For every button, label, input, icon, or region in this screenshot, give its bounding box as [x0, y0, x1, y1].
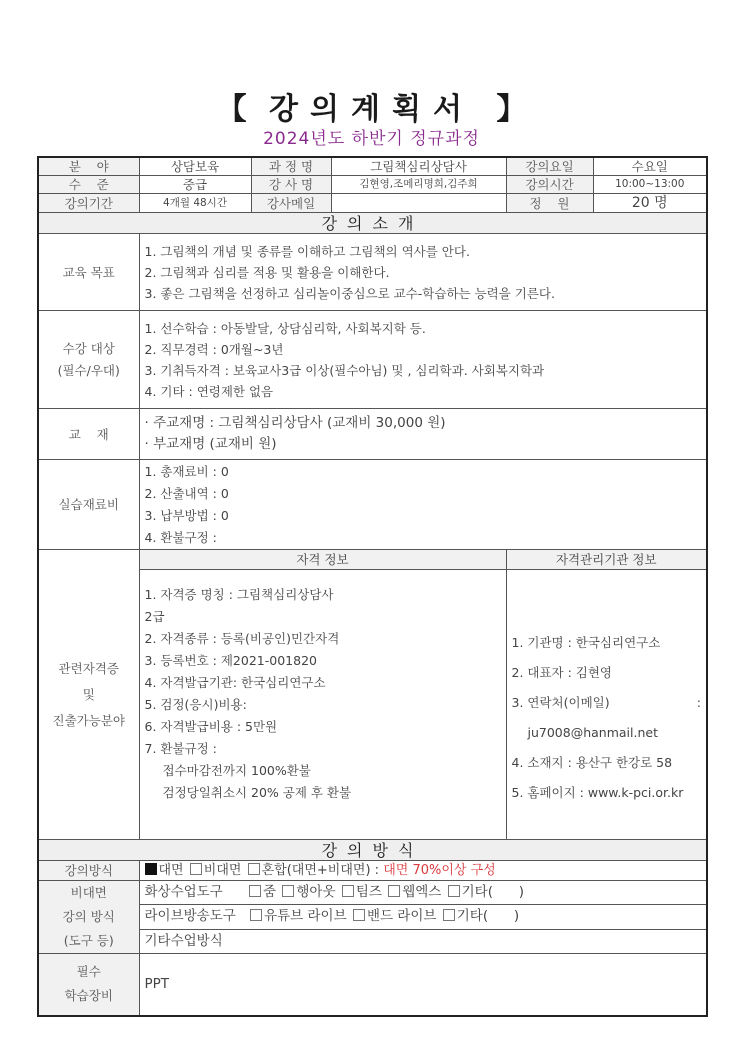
- target-list: 1. 선수학습 : 아동발달, 상담심리학, 사회복지학 등. 2. 직무경력 …: [139, 311, 707, 409]
- checkbox-face-to-face[interactable]: [145, 863, 157, 875]
- textbook-sub: · 부교재명 (교재비 원): [145, 434, 702, 455]
- checkbox-video-other[interactable]: [448, 885, 460, 897]
- level-value: 중급: [139, 176, 251, 194]
- goal-item: 2. 그림책과 심리를 적용 및 활용을 이해한다.: [145, 262, 702, 283]
- live-tools-label: 라이브방송도구: [145, 908, 236, 924]
- org-email[interactable]: ju7008@hanmail.net: [512, 718, 702, 748]
- cert-item: 1. 자격증 명칭 : 그림책심리상담사: [145, 584, 501, 606]
- video-tools-label: 화상수업도구: [145, 884, 223, 900]
- checkbox-band-live[interactable]: [353, 909, 365, 921]
- cert-item: 2. 자격종류 : 등록(비공인)민간자격: [145, 628, 501, 650]
- option-face-to-face: 대면: [159, 863, 184, 878]
- option-webex: 웹엑스: [402, 884, 441, 900]
- option-hangouts: 행아웃: [296, 884, 335, 900]
- other-method-row: 기타수업방식: [38, 930, 707, 954]
- goal-item: 3. 좋은 그림책을 선정하고 심리놀이중심으로 교수-학습하는 능력을 기른다…: [145, 283, 702, 304]
- document-title: 【 강의계획서 】: [0, 84, 743, 128]
- org-item: 4. 소재지 : 용산구 한강로 58: [512, 748, 702, 778]
- online-label-line1: 비대면: [44, 881, 134, 905]
- online-label-line3: (도구 등): [44, 929, 134, 953]
- goals-row: 교육 목표 1. 그림책의 개념 및 종류를 이해하고 그림책의 역사를 안다.…: [38, 234, 707, 311]
- equipment-value: PPT: [139, 954, 707, 1016]
- equipment-row: 필수 학습장비 PPT: [38, 954, 707, 1016]
- instructor-value: 김현영,조메리명희,김주희: [331, 176, 506, 194]
- method-section-header: 강의방식: [38, 840, 707, 861]
- cert-item: 3. 등록번호 : 제2021-001820: [145, 650, 501, 672]
- materials-item: 1. 총재료비 : 0: [145, 463, 702, 483]
- materials-list: 1. 총재료비 : 0 2. 산출내역 : 0 3. 납부방법 : 0 4. 환…: [139, 460, 707, 550]
- checkbox-live-other[interactable]: [443, 909, 455, 921]
- info-row-3: 강의기간 4개월 48시간 강사메일 정 원 20 명: [38, 194, 707, 213]
- online-label-line2: 강의 방식: [44, 905, 134, 929]
- checkbox-webex[interactable]: [388, 885, 400, 897]
- cert-item: 5. 검정(응시)비용:: [145, 694, 501, 716]
- course-label: 과 정 명: [251, 157, 331, 176]
- target-label-line2: (필수/우대): [44, 360, 134, 382]
- day-label: 강의요일: [506, 157, 593, 176]
- equipment-label-line1: 필수: [44, 960, 134, 984]
- cert-item: 6. 자격발급비용 : 5만원: [145, 716, 501, 738]
- period-value: 4개월 48시간: [139, 194, 251, 213]
- checkbox-hybrid[interactable]: [248, 863, 260, 875]
- cert-item: 접수마감전까지 100%환불: [145, 760, 501, 782]
- online-label: 비대면 강의 방식 (도구 등): [38, 881, 139, 954]
- target-item: 3. 기취득자격 : 보육교사3급 이상(필수아님) 및 , 심리학과. 사회복…: [145, 360, 702, 381]
- info-row-1: 분 야 상담보육 과 정 명 그림책심리상담사 강의요일 수요일: [38, 157, 707, 176]
- option-live-other: 기타( ): [457, 908, 519, 924]
- org-item: 3. 연락처(이메일) :: [512, 688, 702, 718]
- capacity-value: 20 명: [593, 194, 707, 213]
- textbook-row: 교 재 · 주교재명 : 그림책심리상담사 (교재비 30,000 원) · 부…: [38, 409, 707, 460]
- cert-item: 7. 환불규정 :: [145, 738, 501, 760]
- cert-info-title: 자격 정보: [139, 550, 506, 570]
- bracket-right: 】: [496, 92, 526, 127]
- org-contact-label: 3. 연락처(이메일): [512, 695, 610, 710]
- goals-label: 교육 목표: [38, 234, 139, 311]
- day-value: 수요일: [593, 157, 707, 176]
- live-tools-row: 라이브방송도구 유튜브 라이브 밴드 라이브 기타( ): [38, 904, 707, 929]
- cert-subheader-row: 관련자격증 및 진출가능분야 자격 정보 자격관리기관 정보: [38, 550, 707, 570]
- option-teams: 팀즈: [356, 884, 382, 900]
- org-info-list: 1. 기관명 : 한국심리연구소 2. 대표자 : 김현영 3. 연락처(이메일…: [506, 570, 707, 840]
- org-info-title: 자격관리기관 정보: [506, 550, 707, 570]
- materials-item: 3. 납부방법 : 0: [145, 505, 702, 527]
- cert-label: 관련자격증 및 진출가능분야: [38, 550, 139, 840]
- option-online: 비대면: [204, 863, 242, 878]
- org-item: 2. 대표자 : 김현영: [512, 658, 702, 688]
- mode-label: 강의방식: [38, 861, 139, 881]
- checkbox-online[interactable]: [190, 863, 202, 875]
- org-item: 1. 기관명 : 한국심리연구소: [512, 628, 702, 658]
- goals-list: 1. 그림책의 개념 및 종류를 이해하고 그림책의 역사를 안다. 2. 그림…: [139, 234, 707, 311]
- email-label: 강사메일: [251, 194, 331, 213]
- target-row: 수강 대상 (필수/우대) 1. 선수학습 : 아동발달, 상담심리학, 사회복…: [38, 311, 707, 409]
- org-homepage[interactable]: 5. 홈페이지 : www.k-pci.or.kr: [512, 778, 702, 808]
- checkbox-youtube-live[interactable]: [250, 909, 262, 921]
- checkbox-zoom[interactable]: [249, 885, 261, 897]
- option-youtube-live: 유튜브 라이브: [264, 908, 347, 924]
- video-tools-row: 비대면 강의 방식 (도구 등) 화상수업도구 줌 행아웃 팀즈 웹엑스 기타(…: [38, 881, 707, 905]
- cert-label-line3: 진출가능분야: [44, 708, 134, 734]
- cert-item: 2급: [145, 606, 501, 628]
- textbook-main: · 주교재명 : 그림책심리상담사 (교재비 30,000 원): [145, 413, 702, 434]
- bracket-left: 【: [217, 92, 247, 127]
- target-label-line1: 수강 대상: [44, 338, 134, 360]
- option-video-other: 기타( ): [462, 884, 524, 900]
- document-subtitle: 2024년도 하반기 정규과정: [0, 124, 743, 149]
- field-label: 분 야: [38, 157, 139, 176]
- mode-options: 대면 비대면 혼합(대면+비대면) : 대면 70%이상 구성: [139, 861, 707, 881]
- level-label: 수 준: [38, 176, 139, 194]
- cert-label-line2: 및: [44, 682, 134, 708]
- live-tools: 라이브방송도구 유튜브 라이브 밴드 라이브 기타( ): [139, 904, 707, 929]
- cert-item: 검정당일취소시 20% 공제 후 환불: [145, 782, 501, 804]
- course-value: 그림책심리상담사: [331, 157, 506, 176]
- cert-item: 4. 자격발급기관: 한국심리연구소: [145, 672, 501, 694]
- option-hybrid: 혼합(대면+비대면) :: [262, 863, 379, 878]
- checkbox-teams[interactable]: [342, 885, 354, 897]
- materials-item: 2. 산출내역 : 0: [145, 483, 702, 505]
- intro-section-title: 강의소개: [38, 213, 707, 234]
- title-text: 강의계획서: [269, 92, 474, 127]
- equipment-label: 필수 학습장비: [38, 954, 139, 1016]
- textbook-list: · 주교재명 : 그림책심리상담사 (교재비 30,000 원) · 부교재명 …: [139, 409, 707, 460]
- textbook-label: 교 재: [38, 409, 139, 460]
- method-section-title: 강의방식: [38, 840, 707, 861]
- checkbox-hangouts[interactable]: [282, 885, 294, 897]
- equipment-label-line2: 학습장비: [44, 984, 134, 1008]
- instructor-label: 강 사 명: [251, 176, 331, 194]
- cert-content-row: 1. 자격증 명칭 : 그림책심리상담사 2급 2. 자격종류 : 등록(비공인…: [38, 570, 707, 840]
- materials-row: 실습재료비 1. 총재료비 : 0 2. 산출내역 : 0 3. 납부방법 : …: [38, 460, 707, 550]
- lecture-plan-table: 분 야 상담보육 과 정 명 그림책심리상담사 강의요일 수요일 수 준 중급 …: [37, 156, 708, 1017]
- target-item: 1. 선수학습 : 아동발달, 상담심리학, 사회복지학 등.: [145, 318, 702, 339]
- mode-row: 강의방식 대면 비대면 혼합(대면+비대면) : 대면 70%이상 구성: [38, 861, 707, 881]
- mode-note: 대면 70%이상 구성: [383, 863, 496, 878]
- time-value: 10:00~13:00: [593, 176, 707, 194]
- email-value: [331, 194, 506, 213]
- period-label: 강의기간: [38, 194, 139, 213]
- info-row-2: 수 준 중급 강 사 명 김현영,조메리명희,김주희 강의시간 10:00~13…: [38, 176, 707, 194]
- other-method: 기타수업방식: [139, 930, 707, 954]
- time-label: 강의시간: [506, 176, 593, 194]
- capacity-label: 정 원: [506, 194, 593, 213]
- org-contact-colon: :: [697, 688, 701, 718]
- goal-item: 1. 그림책의 개념 및 종류를 이해하고 그림책의 역사를 안다.: [145, 241, 702, 262]
- materials-label: 실습재료비: [38, 460, 139, 550]
- target-item: 2. 직무경력 : 0개월~3년: [145, 339, 702, 360]
- target-label: 수강 대상 (필수/우대): [38, 311, 139, 409]
- option-zoom: 줌: [263, 884, 276, 900]
- field-value: 상담보육: [139, 157, 251, 176]
- intro-section-header: 강의소개: [38, 213, 707, 234]
- cert-label-line1: 관련자격증: [44, 656, 134, 682]
- option-band-live: 밴드 라이브: [367, 908, 437, 924]
- target-item: 4. 기타 : 연령제한 없음: [145, 381, 702, 402]
- video-tools: 화상수업도구 줌 행아웃 팀즈 웹엑스 기타( ): [139, 881, 707, 905]
- materials-item: 4. 환불구정 :: [145, 527, 702, 549]
- cert-info-list: 1. 자격증 명칭 : 그림책심리상담사 2급 2. 자격종류 : 등록(비공인…: [139, 570, 506, 840]
